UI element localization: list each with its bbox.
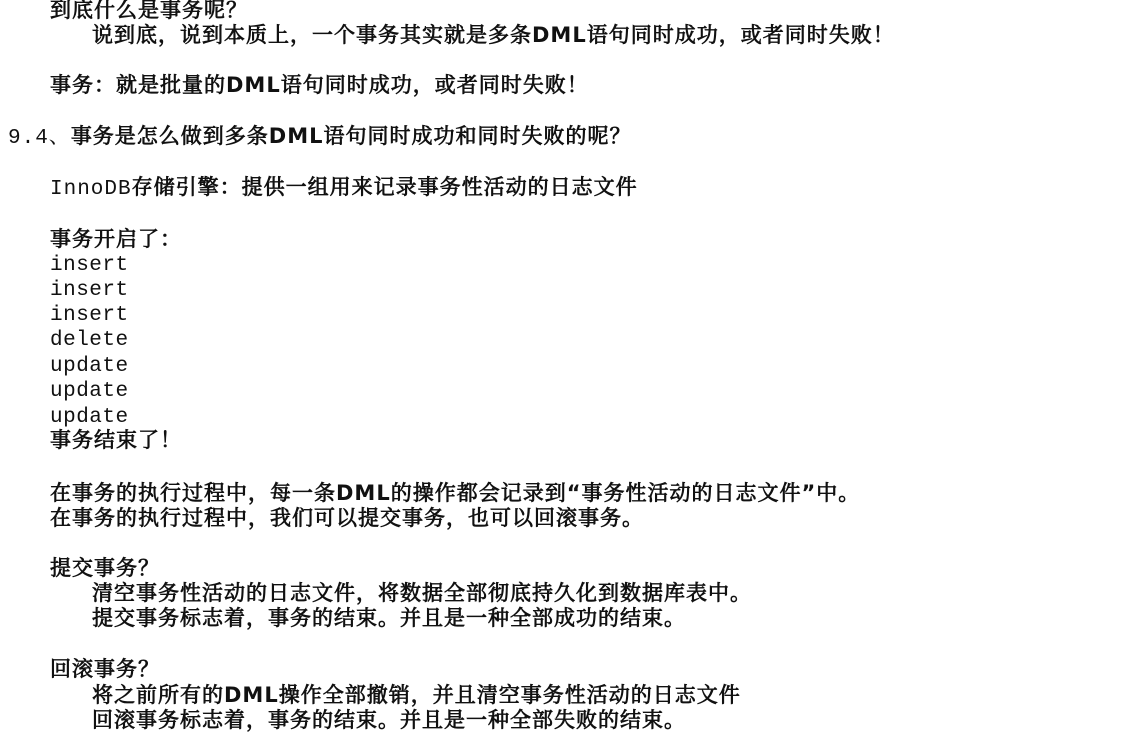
statement-line: insert: [50, 253, 129, 278]
transaction-start: 事务开启了：: [50, 227, 182, 252]
section-title: 事务是怎么做到多条DML语句同时成功和同时失败的呢？: [71, 124, 632, 148]
section-heading: 9.4、事务是怎么做到多条DML语句同时成功和同时失败的呢？: [8, 124, 632, 151]
engine-description: 存储引擎：提供一组用来记录事务性活动的日志文件: [132, 175, 638, 199]
document-page: 到底什么是事务呢？ 说到底，说到本质上，一个事务其实就是多条DML语句同时成功，…: [0, 0, 1135, 743]
statement-line: insert: [50, 303, 129, 328]
definition-text: 事务：就是批量的DML语句同时成功，或者同时失败！: [50, 73, 589, 98]
process-line-1: 在事务的执行过程中，每一条DML的操作都会记录到“事务性活动的日志文件”中。: [50, 481, 860, 506]
section-number: 9.4、: [8, 127, 71, 150]
commit-line-1: 清空事务性活动的日志文件，将数据全部彻底持久化到数据库表中。: [92, 581, 752, 606]
engine-name: InnoDB: [50, 178, 132, 201]
commit-line-2: 提交事务标志着，事务的结束。并且是一种全部成功的结束。: [92, 606, 686, 631]
transaction-end: 事务结束了！: [50, 428, 182, 453]
statement-line: update: [50, 405, 129, 430]
statement-line: delete: [50, 328, 129, 353]
rollback-heading: 回滚事务？: [50, 657, 160, 682]
innodb-line: InnoDB存储引擎：提供一组用来记录事务性活动的日志文件: [50, 175, 638, 202]
process-line-2: 在事务的执行过程中，我们可以提交事务，也可以回滚事务。: [50, 506, 644, 531]
rollback-line-1: 将之前所有的DML操作全部撤销，并且清空事务性活动的日志文件: [92, 683, 741, 708]
intro-question: 到底什么是事务呢？: [50, 0, 248, 23]
rollback-line-2: 回滚事务标志着，事务的结束。并且是一种全部失败的结束。: [92, 708, 686, 733]
statement-line: update: [50, 354, 129, 379]
commit-heading: 提交事务？: [50, 556, 160, 581]
statement-line: update: [50, 379, 129, 404]
intro-answer: 说到底，说到本质上，一个事务其实就是多条DML语句同时成功，或者同时失败！: [92, 23, 895, 48]
statement-line: insert: [50, 278, 129, 303]
